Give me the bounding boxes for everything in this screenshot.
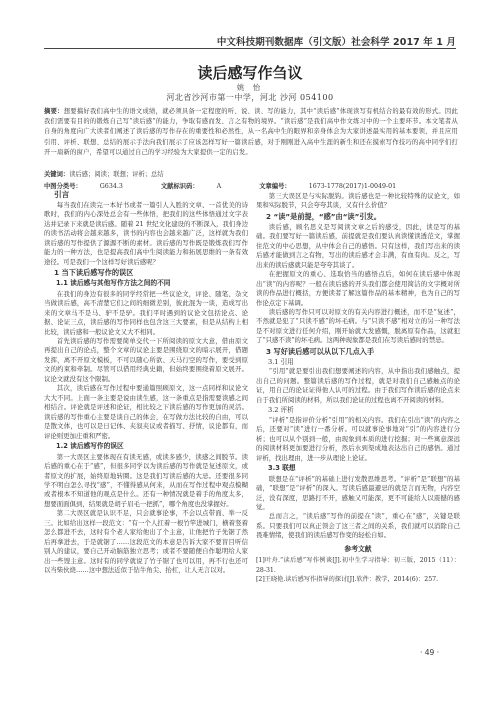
paragraph: 其次，读后感在写作过程中要通篇照顾原文，这一点同样和议论文大大不同。上面一条主要… xyxy=(44,384,248,441)
paragraph: 总而言之，“读后感”写作的前提在“读”，重心在“感”，关键是联系。只要我们可以真… xyxy=(256,512,460,540)
keywords-line: 关键词：读后感；阅读；联想；评析；总结 xyxy=(44,169,458,178)
clc-label: 中图分类号： xyxy=(44,183,82,190)
paragraph: “评析”是指评价分析“引用”的相关内容。我们在引出“读”的内容之后，还要对“读”… xyxy=(256,416,460,463)
journal-header: 中文科技期刊数据库（引文版）社会科学 2017 年 1 月 xyxy=(44,34,456,48)
keywords-label: 关键词： xyxy=(44,171,69,178)
doc-code: 文献标识码：A xyxy=(161,183,239,190)
subsection-heading: 1.1 读后感与其他写作方法之间的不同 xyxy=(56,279,248,289)
subsection-heading: 3.1 引用 xyxy=(268,358,460,368)
subsection-heading: 1.2 读后感写作的误区 xyxy=(56,442,248,452)
article-number-value: 1673-1778(2017)1-0049-01 xyxy=(309,183,396,190)
abstract: 摘要：想要搞好我们高中生的语文成绩，就必须具备一定程度的听、说、读、写的能力，其… xyxy=(44,107,458,158)
paragraph: 首先读后感的写作需要简单交代一下所阅读的原文大意，借由原文再提出自己的论点，整个… xyxy=(44,337,248,384)
doc-code-label: 文献标识码： xyxy=(161,183,199,190)
section-heading: 1 当下读后感写作的误区 xyxy=(54,268,248,278)
paper-page: 中文科技期刊数据库（引文版）社会科学 2017 年 1 月 读后感写作刍议 姚 … xyxy=(0,0,500,707)
header-rule xyxy=(44,48,456,49)
paragraph: 在我们的身边有很多的同学经常把一些议论文，评论、随笔、杂文当做读后感，高不清楚它… xyxy=(44,290,248,337)
abstract-label: 摘要： xyxy=(44,108,64,115)
section-heading: 3 写好读后感可以从以下几点入手 xyxy=(266,347,460,357)
article-title: 读后感写作刍议 xyxy=(0,62,500,83)
paragraph: 读后感，顾名思义是写阅读文章之后的感受，因此，读是写的基础。我们要写好一篇读后感… xyxy=(256,223,460,270)
clc-value: G634.3 xyxy=(100,183,123,190)
references-heading: 参考文献 xyxy=(256,545,460,554)
reference-item: [2]王晓艳.读后感写作指导的探讨[J].软件：教学，2014(6)：257. xyxy=(256,575,460,584)
right-column: 第三大误区是与实际脱钩。读后感也是一种比较特殊的议论文，如果和实际脱节，只会夸夸… xyxy=(256,192,460,585)
intro-heading: 引言 xyxy=(54,190,248,200)
paragraph: 第三大误区是与实际脱钩。读后感也是一种比较特殊的议论文，如果和实际脱节，只会夸夸… xyxy=(256,192,460,211)
paragraph: 第一大误区主要体现在有读无感，或读多感少，读感之间脱节。读后感的重心在于“感”，… xyxy=(44,453,248,510)
subsection-heading: 3.2 评析 xyxy=(268,406,460,416)
page-number: · 49 · xyxy=(420,648,439,657)
paragraph: 读后感的写作只可以对原文的有关内容进行概述，而不是“复述”，不然就是犯了“只读不… xyxy=(256,308,460,346)
article-number-label: 文章编号： xyxy=(259,183,290,190)
subsection-heading: 3.3 联想 xyxy=(268,464,460,474)
section-heading: 2 “读”是前提，“感”由“读”引发。 xyxy=(266,212,460,222)
paragraph: 每当我们在读完一本好书或者一篇引人入胜的文章、一首优美的诗歌时，我们的内心深处总… xyxy=(44,201,248,267)
article-meta: 关键词：读后感；阅读；联想；评析；总结 中图分类号：G634.3 文献标识码：A… xyxy=(44,169,458,190)
clc-number: 中图分类号：G634.3 xyxy=(44,183,141,190)
left-column: 引言 每当我们在读完一本好书或者一篇引人入胜的文章、一首优美的诗歌时，我们的内心… xyxy=(44,190,248,576)
paragraph: “引用”就是要引出我们想要阐述的内容，从中指出我们感触点，提出自己的问题。整篇读… xyxy=(256,367,460,405)
classification-line: 中图分类号：G634.3 文献标识码：A 文章编号：1673-1778(2017… xyxy=(44,183,432,190)
paragraph: 第二大误区就是认识不足，只会就事论事，不会以点带面、举一反三。比如给出这样一段范… xyxy=(44,509,248,575)
abstract-text: 想要搞好我们高中生的语文成绩，就必须具备一定程度的听、说、读、写的能力，其中“读… xyxy=(44,108,458,156)
paragraph: 在把握原文的重心、选取恰当的感悟点后，如何在读后感中体现出“读”的内容呢？一般在… xyxy=(256,270,460,308)
paragraph: 联想是在“评析”的基础上进行发散思维思考。“评析”是“联想”的基础，“联想”是“… xyxy=(256,475,460,513)
doc-code-value: A xyxy=(217,183,222,190)
keywords: 读后感；阅读；联想；评析；总结 xyxy=(69,171,163,178)
article-number: 文章编号：1673-1778(2017)1-0049-01 xyxy=(259,183,414,190)
reference-item: [1]叶舟.“读后感”写作例谈[J].初中生学习指导：初三版，2015（11）：… xyxy=(256,556,460,575)
author-affiliation: 河北省沙河市第一中学，河北 沙河 054100 xyxy=(0,92,500,103)
